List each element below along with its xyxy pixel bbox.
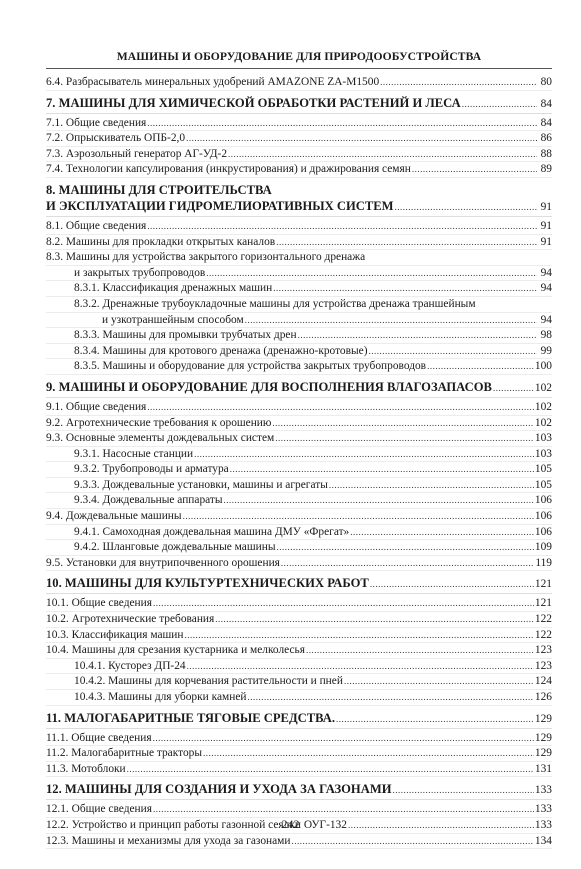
toc-entry-page: 129 xyxy=(535,711,552,728)
dot-leader xyxy=(206,266,537,281)
toc-entry-page: 121 xyxy=(535,596,552,611)
toc-entry-page: 80 xyxy=(538,75,552,90)
toc-entry[interactable]: 9.3.4. Дождевальные аппараты106 xyxy=(46,493,552,509)
toc-entry-page: 89 xyxy=(538,162,552,177)
toc-chapter-entry[interactable]: И ЭКСПЛУАТАЦИИ ГИДРОМЕЛИОРАТИВНЫХ СИСТЕМ… xyxy=(46,198,552,217)
toc-entry-page: 105 xyxy=(535,478,552,493)
toc-entry-title: 10. МАШИНЫ ДЛЯ КУЛЬТУРТЕХНИЧЕСКИХ РАБОТ xyxy=(46,575,369,592)
toc-entry-title: 10.3. Классификация машин xyxy=(46,628,184,643)
toc-entry[interactable]: и закрытых трубопроводов94 xyxy=(46,266,552,282)
toc-entry-title: 8.2. Машины для прокладки открытых канал… xyxy=(46,235,275,250)
toc-entry[interactable]: 11.2. Малогабаритные тракторы129 xyxy=(46,746,552,762)
toc-entry-page: 131 xyxy=(535,762,552,777)
toc-entry-title: 9. МАШИНЫ И ОБОРУДОВАНИЕ ДЛЯ ВОСПОЛНЕНИЯ… xyxy=(46,379,492,396)
dot-leader xyxy=(230,462,534,477)
dot-leader xyxy=(147,219,537,234)
toc-entry-title: 9.1. Общие сведения xyxy=(46,400,146,415)
toc-entry-title: 7.3. Аэрозольный генератор АГ-УД-2 xyxy=(46,147,227,162)
toc-entry-page: 84 xyxy=(538,96,552,113)
toc-entry-page: 94 xyxy=(538,313,552,328)
toc-entry-title: 8.3.3. Машины для промывки трубчатых дре… xyxy=(74,328,297,343)
toc-entry-title: 9.3.3. Дождевальные установки, машины и … xyxy=(74,478,328,493)
toc-entry-page: 94 xyxy=(538,281,552,296)
toc-entry-title: 9.3.4. Дождевальные аппараты xyxy=(74,493,223,508)
toc-entry-title: 12. МАШИНЫ ДЛЯ СОЗДАНИЯ И УХОДА ЗА ГАЗОН… xyxy=(46,781,392,798)
toc-entry-title: 7. МАШИНЫ ДЛЯ ХИМИЧЕСКОЙ ОБРАБОТКИ РАСТЕ… xyxy=(46,95,461,112)
toc-entry[interactable]: 7.2. Опрыскиватель ОПБ-2,086 xyxy=(46,131,552,147)
toc-entry-first-line: 8. МАШИНЫ ДЛЯ СТРОИТЕЛЬСТВА xyxy=(46,182,552,198)
toc-entry-title: 9.3. Основные элементы дождевальных сист… xyxy=(46,431,274,446)
dot-leader xyxy=(329,478,534,493)
dot-leader xyxy=(369,344,537,359)
toc-entry[interactable]: 12.1. Общие сведения133 xyxy=(46,802,552,818)
dot-leader xyxy=(183,509,534,524)
toc-entry[interactable]: 10.2. Агротехнические требования122 xyxy=(46,612,552,628)
toc-entry[interactable]: 8.1. Общие сведения91 xyxy=(46,219,552,235)
dot-leader xyxy=(215,612,534,627)
dot-leader xyxy=(350,525,534,540)
dot-leader xyxy=(185,628,534,643)
toc-entry[interactable]: 7.4. Технологии капсулирования (инкрусти… xyxy=(46,162,552,178)
dot-leader xyxy=(272,416,533,431)
dot-leader xyxy=(187,659,534,674)
toc-entry-title: 6.4. Разбрасыватель минеральных удобрени… xyxy=(46,75,379,90)
toc-entry[interactable]: 11.1. Общие сведения129 xyxy=(46,731,552,747)
toc-chapter-entry[interactable]: 7. МАШИНЫ ДЛЯ ХИМИЧЕСКОЙ ОБРАБОТКИ РАСТЕ… xyxy=(46,95,552,114)
toc-entry[interactable]: 10.4.1. Кусторез ДП-24123 xyxy=(46,659,552,675)
dot-leader xyxy=(247,690,533,705)
dot-leader xyxy=(224,493,534,508)
toc-entry-title: 9.3.2. Трубопроводы и арматура xyxy=(74,462,229,477)
toc-entry-page: 106 xyxy=(535,509,552,524)
page-number: 242 xyxy=(0,817,581,832)
toc-entry-title: 10.4.1. Кусторез ДП-24 xyxy=(74,659,186,674)
toc-entry-page: 126 xyxy=(535,690,552,705)
toc-entry[interactable]: 10.4.3. Машины для уборки камней126 xyxy=(46,690,552,706)
toc-entry[interactable]: 9.2. Агротехнические требования к орошен… xyxy=(46,416,552,432)
toc-entry-page: 123 xyxy=(535,643,552,658)
toc-entry-title: 7.4. Технологии капсулирования (инкрусти… xyxy=(46,162,411,177)
toc-entry-first-line: 8.3.2. Дренажные трубоукладочные машины … xyxy=(46,297,552,313)
toc-chapter-entry[interactable]: 9. МАШИНЫ И ОБОРУДОВАНИЕ ДЛЯ ВОСПОЛНЕНИЯ… xyxy=(46,379,552,398)
toc-chapter-entry[interactable]: 12. МАШИНЫ ДЛЯ СОЗДАНИЯ И УХОДА ЗА ГАЗОН… xyxy=(46,781,552,800)
toc-entry[interactable]: 7.3. Аэрозольный генератор АГ-УД-288 xyxy=(46,147,552,163)
toc-entry-title: 8.3.4. Машины для кротового дренажа (дре… xyxy=(74,344,368,359)
dot-leader xyxy=(273,281,537,296)
table-of-contents: 6.4. Разбрасыватель минеральных удобрени… xyxy=(46,75,552,849)
dot-leader xyxy=(395,199,537,216)
toc-entry-title: 8.3.5. Машины и оборудование для устройс… xyxy=(74,359,426,374)
toc-entry[interactable]: 9.3. Основные элементы дождевальных сист… xyxy=(46,431,552,447)
toc-entry-page: 119 xyxy=(535,556,552,571)
dot-leader xyxy=(153,802,534,817)
dot-leader xyxy=(380,75,537,90)
toc-entry[interactable]: 11.3. Мотоблоки131 xyxy=(46,762,552,778)
toc-entry-page: 109 xyxy=(535,540,552,555)
toc-entry-page: 100 xyxy=(535,359,552,374)
toc-entry[interactable]: 8.3.4. Машины для кротового дренажа (дре… xyxy=(46,344,552,360)
toc-entry[interactable]: 7.1. Общие сведения84 xyxy=(46,116,552,132)
dot-leader xyxy=(153,731,534,746)
toc-entry-page: 122 xyxy=(535,612,552,627)
dot-leader xyxy=(306,643,534,658)
toc-chapter-entry[interactable]: 10. МАШИНЫ ДЛЯ КУЛЬТУРТЕХНИЧЕСКИХ РАБОТ1… xyxy=(46,575,552,594)
toc-entry-title: 11.1. Общие сведения xyxy=(46,731,152,746)
dot-leader xyxy=(427,359,534,374)
dot-leader xyxy=(370,576,534,593)
toc-chapter-entry[interactable]: 11. МАЛОГАБАРИТНЫЕ ТЯГОВЫЕ СРЕДСТВА.129 xyxy=(46,710,552,729)
toc-entry[interactable]: 8.3.5. Машины и оборудование для устройс… xyxy=(46,359,552,375)
toc-entry-page: 103 xyxy=(535,431,552,446)
toc-entry-title: 9.4.1. Самоходная дождевальная машина ДМ… xyxy=(74,525,349,540)
toc-entry-title: 10.2. Агротехнические требования xyxy=(46,612,214,627)
toc-entry-title: 12.1. Общие сведения xyxy=(46,802,152,817)
toc-entry-page: 134 xyxy=(535,834,552,849)
dot-leader xyxy=(412,162,537,177)
toc-entry[interactable]: 10.1. Общие сведения121 xyxy=(46,596,552,612)
dot-leader xyxy=(194,447,534,462)
toc-entry[interactable]: 8.3.3. Машины для промывки трубчатых дре… xyxy=(46,328,552,344)
toc-entry-title: 9.3.1. Насосные станции xyxy=(74,447,193,462)
toc-entry-page: 122 xyxy=(535,628,552,643)
toc-entry-title: И ЭКСПЛУАТАЦИИ ГИДРОМЕЛИОРАТИВНЫХ СИСТЕМ xyxy=(46,198,394,215)
toc-entry-page: 106 xyxy=(535,493,552,508)
toc-entry-page: 121 xyxy=(535,576,552,593)
toc-entry[interactable]: 9.4. Дождевальные машины106 xyxy=(46,509,552,525)
toc-entry-page: 105 xyxy=(535,462,552,477)
toc-entry-title: 11.2. Малогабаритные тракторы xyxy=(46,746,202,761)
dot-leader xyxy=(147,116,537,131)
toc-entry[interactable]: 9.3.1. Насосные станции103 xyxy=(46,447,552,463)
toc-entry[interactable]: 12.3. Машины и механизмы для ухода за га… xyxy=(46,834,552,850)
dot-leader xyxy=(291,834,533,849)
dot-leader xyxy=(344,674,534,689)
dot-leader xyxy=(276,235,537,250)
dot-leader xyxy=(245,313,537,328)
toc-entry[interactable]: 9.3.2. Трубопроводы и арматура105 xyxy=(46,462,552,478)
toc-entry-title: 9.4. Дождевальные машины xyxy=(46,509,182,524)
toc-entry-page: 123 xyxy=(535,659,552,674)
toc-entry[interactable]: 9.3.3. Дождевальные установки, машины и … xyxy=(46,478,552,494)
toc-entry-title: 10.4. Машины для срезания кустарника и м… xyxy=(46,643,305,658)
dot-leader xyxy=(228,147,537,162)
dot-leader xyxy=(298,328,537,343)
dot-leader xyxy=(281,556,534,571)
toc-entry-title: 7.2. Опрыскиватель ОПБ-2,0 xyxy=(46,131,185,146)
dot-leader xyxy=(147,400,534,415)
dot-leader xyxy=(336,711,534,728)
toc-entry-page: 98 xyxy=(538,328,552,343)
toc-entry-title: 10.4.3. Машины для уборки камней xyxy=(74,690,246,705)
toc-entry-title: 10.4.2. Машины для корчевания растительн… xyxy=(74,674,343,689)
toc-entry[interactable]: и узкотраншейным способом94 xyxy=(46,313,552,329)
toc-entry-title: и узкотраншейным способом xyxy=(102,313,244,328)
toc-entry[interactable]: 9.1. Общие сведения102 xyxy=(46,400,552,416)
dot-leader xyxy=(393,782,534,799)
toc-entry-page: 88 xyxy=(538,147,552,162)
dot-leader xyxy=(275,431,534,446)
toc-entry-first-line: 8.3. Машины для устройства закрытого гор… xyxy=(46,250,552,266)
toc-entry[interactable]: 8.2. Машины для прокладки открытых канал… xyxy=(46,235,552,251)
toc-entry-title: 9.4.2. Шланговые дождевальные машины xyxy=(74,540,275,555)
toc-entry-page: 102 xyxy=(535,400,552,415)
toc-entry-page: 84 xyxy=(538,116,552,131)
toc-entry-page: 91 xyxy=(538,235,552,250)
dot-leader xyxy=(276,540,533,555)
toc-entry[interactable]: 10.4.2. Машины для корчевания растительн… xyxy=(46,674,552,690)
toc-entry-page: 124 xyxy=(535,674,552,689)
dot-leader xyxy=(186,131,537,146)
toc-entry-title: 10.1. Общие сведения xyxy=(46,596,152,611)
dot-leader xyxy=(127,762,534,777)
toc-entry[interactable]: 9.4.1. Самоходная дождевальная машина ДМ… xyxy=(46,525,552,541)
toc-entry-page: 129 xyxy=(535,746,552,761)
dot-leader xyxy=(203,746,534,761)
dot-leader xyxy=(153,596,534,611)
toc-entry-title: 8.1. Общие сведения xyxy=(46,219,146,234)
toc-entry-page: 133 xyxy=(535,782,552,799)
toc-entry-title: 11. МАЛОГАБАРИТНЫЕ ТЯГОВЫЕ СРЕДСТВА. xyxy=(46,710,335,727)
toc-entry-page: 91 xyxy=(538,219,552,234)
toc-entry[interactable]: 10.3. Классификация машин122 xyxy=(46,628,552,644)
toc-entry[interactable]: 8.3.1. Классификация дренажных машин94 xyxy=(46,281,552,297)
toc-entry[interactable]: 6.4. Разбрасыватель минеральных удобрени… xyxy=(46,75,552,91)
toc-entry-title: 12.3. Машины и механизмы для ухода за га… xyxy=(46,834,290,849)
toc-entry-page: 102 xyxy=(535,416,552,431)
toc-entry-page: 102 xyxy=(535,380,552,397)
toc-entry-page: 103 xyxy=(535,447,552,462)
toc-entry-page: 91 xyxy=(538,199,552,216)
toc-entry[interactable]: 10.4. Машины для срезания кустарника и м… xyxy=(46,643,552,659)
dot-leader xyxy=(462,96,537,113)
toc-entry-page: 106 xyxy=(535,525,552,540)
dot-leader xyxy=(493,380,534,397)
document-page: МАШИНЫ И ОБОРУДОВАНИЕ ДЛЯ ПРИРОДООБУСТРО… xyxy=(46,50,552,849)
toc-entry-page: 99 xyxy=(538,344,552,359)
toc-entry-title: 9.5. Установки для внутрипочвенного орош… xyxy=(46,556,280,571)
toc-entry-title: 8.3.1. Классификация дренажных машин xyxy=(74,281,272,296)
toc-entry-page: 133 xyxy=(535,802,552,817)
toc-entry[interactable]: 9.5. Установки для внутрипочвенного орош… xyxy=(46,556,552,572)
toc-entry-title: и закрытых трубопроводов xyxy=(74,266,205,281)
toc-entry-title: 7.1. Общие сведения xyxy=(46,116,146,131)
toc-entry-page: 129 xyxy=(535,731,552,746)
toc-entry-page: 94 xyxy=(538,266,552,281)
running-head: МАШИНЫ И ОБОРУДОВАНИЕ ДЛЯ ПРИРОДООБУСТРО… xyxy=(46,50,552,69)
toc-entry-page: 86 xyxy=(538,131,552,146)
toc-entry-title: 11.3. Мотоблоки xyxy=(46,762,126,777)
toc-entry[interactable]: 9.4.2. Шланговые дождевальные машины109 xyxy=(46,540,552,556)
toc-entry-title: 9.2. Агротехнические требования к орошен… xyxy=(46,416,271,431)
